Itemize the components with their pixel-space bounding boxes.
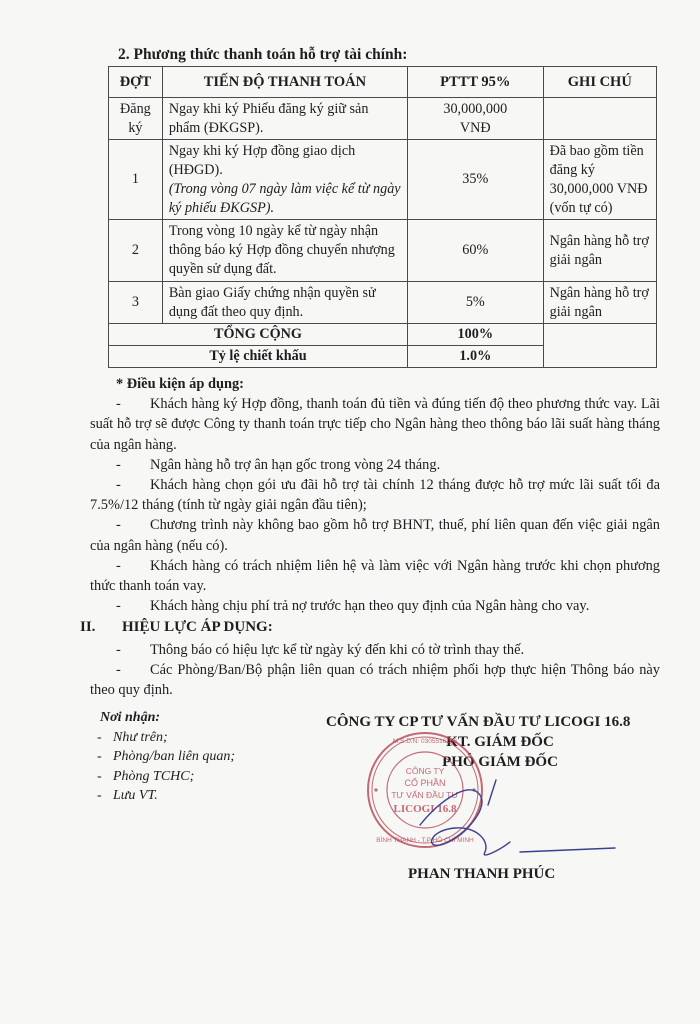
tien-do-text: Ngay khi ký Hợp đồng giao dịch (HĐGD). <box>169 142 401 180</box>
table-row: 3 Bàn giao Giấy chứng nhận quyền sử dụng… <box>109 282 657 324</box>
table-row: 1 Ngay khi ký Hợp đồng giao dịch (HĐGD).… <box>109 140 657 220</box>
cell-dot: 3 <box>109 282 163 324</box>
recipients-block: Nơi nhận: -Như trên; -Phòng/ban liên qua… <box>100 708 235 806</box>
total-label: TỔNG CỘNG <box>109 324 408 346</box>
effect-item: -Các Phòng/Ban/Bộ phận liên quan có trác… <box>90 660 660 700</box>
header-tien-do: TIẾN ĐỘ THANH TOÁN <box>162 67 407 98</box>
recipients-title: Nơi nhận: <box>100 708 235 728</box>
table-row: 2 Trong vòng 10 ngày kể từ ngày nhận thô… <box>109 220 657 282</box>
svg-text:TƯ VẤN ĐẦU TƯ: TƯ VẤN ĐẦU TƯ <box>391 790 458 800</box>
signer-role-1: KT. GIÁM ĐỐC <box>320 732 680 752</box>
effect-section: -Thông báo có hiệu lực kể từ ngày ký đến… <box>90 640 660 701</box>
condition-item: -Khách hàng ký Hợp đồng, thanh toán đủ t… <box>90 394 660 455</box>
cell-pttt: 5% <box>407 282 543 324</box>
svg-text:LICOGI 16.8: LICOGI 16.8 <box>394 803 457 815</box>
header-dot: ĐỢT <box>109 67 163 98</box>
cell-ghi-chu: Ngân hàng hỗ trợ giải ngân <box>543 220 656 282</box>
section-title-effect: II.HIỆU LỰC ÁP DỤNG: <box>80 619 273 636</box>
cell-dot: Đăng ký <box>109 98 163 140</box>
cell-dot: 2 <box>109 220 163 282</box>
header-ghi-chu: GHI CHÚ <box>543 67 656 98</box>
cell-pttt: 35% <box>407 140 543 220</box>
cell-tien-do: Ngay khi ký Phiếu đăng ký giữ sản phẩm (… <box>162 98 407 140</box>
effect-title-text: HIỆU LỰC ÁP DỤNG: <box>122 619 273 635</box>
signer-role-2: PHÓ GIÁM ĐỐC <box>320 752 680 772</box>
condition-item: -Khách hàng có trách nhiệm liên hệ và là… <box>90 556 660 596</box>
cell-pttt: 60% <box>407 220 543 282</box>
recipient-item: -Lưu VT. <box>97 786 235 806</box>
document-page: 2. Phương thức thanh toán hỗ trợ tài chí… <box>0 0 700 1024</box>
payment-schedule-table: ĐỢT TIẾN ĐỘ THANH TOÁN PTTT 95% GHI CHÚ … <box>108 66 657 368</box>
recipient-item: -Phòng TCHC; <box>97 767 235 787</box>
table-header-row: ĐỢT TIẾN ĐỘ THANH TOÁN PTTT 95% GHI CHÚ <box>109 67 657 98</box>
cell-pttt: 30,000,000 VNĐ <box>407 98 543 140</box>
condition-item: -Chương trình này không bao gồm hỗ trợ B… <box>90 515 660 555</box>
cell-tien-do: Ngay khi ký Hợp đồng giao dịch (HĐGD). (… <box>162 140 407 220</box>
cell-tien-do: Trong vòng 10 ngày kể từ ngày nhận thông… <box>162 220 407 282</box>
conditions-section: * Điều kiện áp dụng: -Khách hàng ký Hợp … <box>90 374 660 616</box>
conditions-title: * Điều kiện áp dụng: <box>116 374 660 394</box>
tien-do-note: (Trong vòng 07 ngày làm việc kể từ ngày … <box>169 180 401 218</box>
signature-block: CÔNG TY CP TƯ VẤN ĐẦU TƯ LICOGI 16.8 KT.… <box>320 712 680 772</box>
condition-item: -Khách hàng chọn gói ưu đãi hỗ trợ tài c… <box>90 475 660 515</box>
svg-text:CỔ PHẦN: CỔ PHẦN <box>404 777 445 788</box>
section-number: II. <box>80 619 122 636</box>
recipient-item: -Phòng/ban liên quan; <box>97 747 235 767</box>
cell-tien-do: Bàn giao Giấy chứng nhận quyền sử dụng đ… <box>162 282 407 324</box>
signer-name: PHAN THANH PHÚC <box>408 866 555 883</box>
total-row: TỔNG CỘNG 100% <box>109 324 657 346</box>
recipient-item: -Như trên; <box>97 728 235 748</box>
effect-item: -Thông báo có hiệu lực kể từ ngày ký đến… <box>90 640 660 660</box>
signature-icon <box>400 770 620 860</box>
cell-ghi-chu <box>543 98 656 140</box>
section-title-payment-method: 2. Phương thức thanh toán hỗ trợ tài chí… <box>118 46 407 64</box>
cell-dot: 1 <box>109 140 163 220</box>
discount-value: 1.0% <box>407 346 543 368</box>
total-value: 100% <box>407 324 543 346</box>
header-pttt: PTTT 95% <box>407 67 543 98</box>
condition-item: -Ngân hàng hỗ trợ ân hạn gốc trong vòng … <box>90 455 660 475</box>
cell-ghi-chu: Đã bao gồm tiền đăng ký 30,000,000 VNĐ (… <box>543 140 656 220</box>
svg-text:BÌNH THẠNH - T.P HỒ CHÍ MINH: BÌNH THẠNH - T.P HỒ CHÍ MINH <box>376 834 474 844</box>
cell-ghi-chu: Ngân hàng hỗ trợ giải ngân <box>543 282 656 324</box>
discount-label: Tỷ lệ chiết khấu <box>109 346 408 368</box>
total-empty-cell <box>543 324 656 368</box>
condition-item: -Khách hàng chịu phí trả nợ trước hạn th… <box>90 596 660 616</box>
table-row: Đăng ký Ngay khi ký Phiếu đăng ký giữ sả… <box>109 98 657 140</box>
company-name: CÔNG TY CP TƯ VẤN ĐẦU TƯ LICOGI 16.8 <box>326 712 680 732</box>
